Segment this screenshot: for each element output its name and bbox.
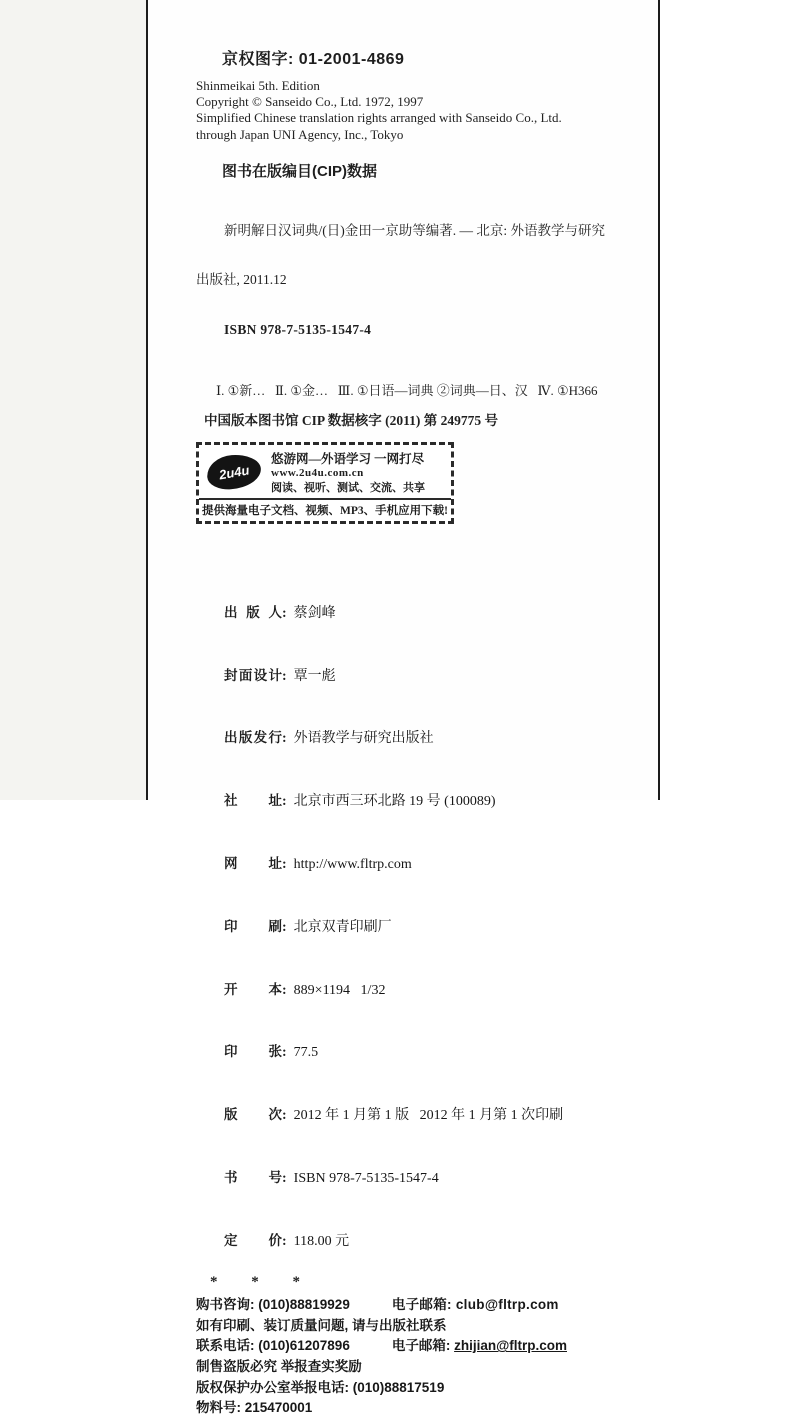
pub-row-publisher: 出版人:蔡剑峰	[196, 582, 658, 645]
pub-label: 出版发行	[224, 728, 282, 749]
pub-row-publishing-house: 出版发行:外语教学与研究出版社	[196, 708, 658, 771]
pub-value: 北京市西三环北路 19 号 (100089)	[294, 794, 496, 800]
publisher-promo-box: 2u4u 悠游网—外语学习 一网打尽 www.2u4u.com.cn 阅读、视听…	[196, 442, 454, 524]
rights-line: Simplified Chinese translation rights ar…	[196, 110, 658, 126]
pub-value: 蔡剑峰	[294, 606, 336, 621]
2u4u-logo-icon: 2u4u	[206, 453, 262, 491]
cip-heading: 图书在版编目(CIP)数据	[222, 160, 658, 181]
promo-download-note: 提供海量电子文档、视频、MP3、手机应用下载!	[199, 498, 451, 521]
promo-slogan: 悠游网—外语学习 一网打尽	[271, 449, 445, 467]
copyright-page: 京权图字: 01-2001-4869 Shinmeikai 5th. Editi…	[146, 0, 660, 800]
2u4u-logo-text: 2u4u	[218, 462, 250, 482]
cip-entry-line2: 出版社, 2011.12	[196, 272, 658, 289]
cip-entry: 新明解日汉词典/(日)金田一京助等编著. — 北京: 外语教学与研究 出版社, …	[196, 190, 658, 372]
pub-colon: :	[282, 731, 287, 746]
pub-colon: :	[282, 669, 287, 684]
agency-line: through Japan UNI Agency, Inc., Tokyo	[196, 127, 658, 143]
pub-value: 外语教学与研究出版社	[294, 731, 434, 746]
registration-number: 京权图字: 01-2001-4869	[222, 46, 658, 69]
pub-colon: :	[282, 606, 287, 621]
promo-features: 阅读、视听、测试、交流、共享	[271, 479, 445, 495]
cip-entry-line1: 新明解日汉词典/(日)金田一京助等编著. — 北京: 外语教学与研究	[196, 223, 658, 240]
cip-record-number: 中国版本图书馆 CIP 数据核字 (2011) 第 249775 号	[204, 409, 658, 429]
promo-website-url: www.2u4u.com.cn	[271, 467, 445, 479]
page-outer-margin	[0, 0, 146, 800]
edition-line: Shinmeikai 5th. Edition	[196, 78, 658, 94]
cip-classification: Ⅰ. ①新… Ⅱ. ①金… Ⅲ. ①日语—词典 ②词典—日、汉 Ⅳ. ①H366	[216, 380, 658, 399]
copyright-line: Copyright © Sanseido Co., Ltd. 1972, 199…	[196, 94, 658, 110]
isbn-line: ISBN 978-7-5135-1547-4	[196, 322, 658, 339]
pub-label: 出版人	[224, 603, 282, 624]
pub-row-address: 社址:北京市西三环北路 19 号 (100089)	[196, 771, 658, 800]
publication-info-block: 出版人:蔡剑峰 封面设计:覃一彪 出版发行:外语教学与研究出版社 社址:北京市西…	[196, 582, 658, 800]
english-copyright-block: Shinmeikai 5th. Edition Copyright © Sans…	[196, 78, 658, 143]
pub-label: 社址	[224, 791, 282, 800]
pub-colon: :	[282, 794, 287, 800]
pub-label: 封面设计	[224, 666, 282, 687]
page-content: 京权图字: 01-2001-4869 Shinmeikai 5th. Editi…	[148, 46, 658, 800]
promo-box-top: 2u4u 悠游网—外语学习 一网打尽 www.2u4u.com.cn 阅读、视听…	[199, 445, 451, 498]
pub-value: 覃一彪	[294, 669, 336, 684]
pub-row-cover-design: 封面设计:覃一彪	[196, 645, 658, 708]
promo-text-lines: 悠游网—外语学习 一网打尽 www.2u4u.com.cn 阅读、视听、测试、交…	[271, 449, 445, 495]
